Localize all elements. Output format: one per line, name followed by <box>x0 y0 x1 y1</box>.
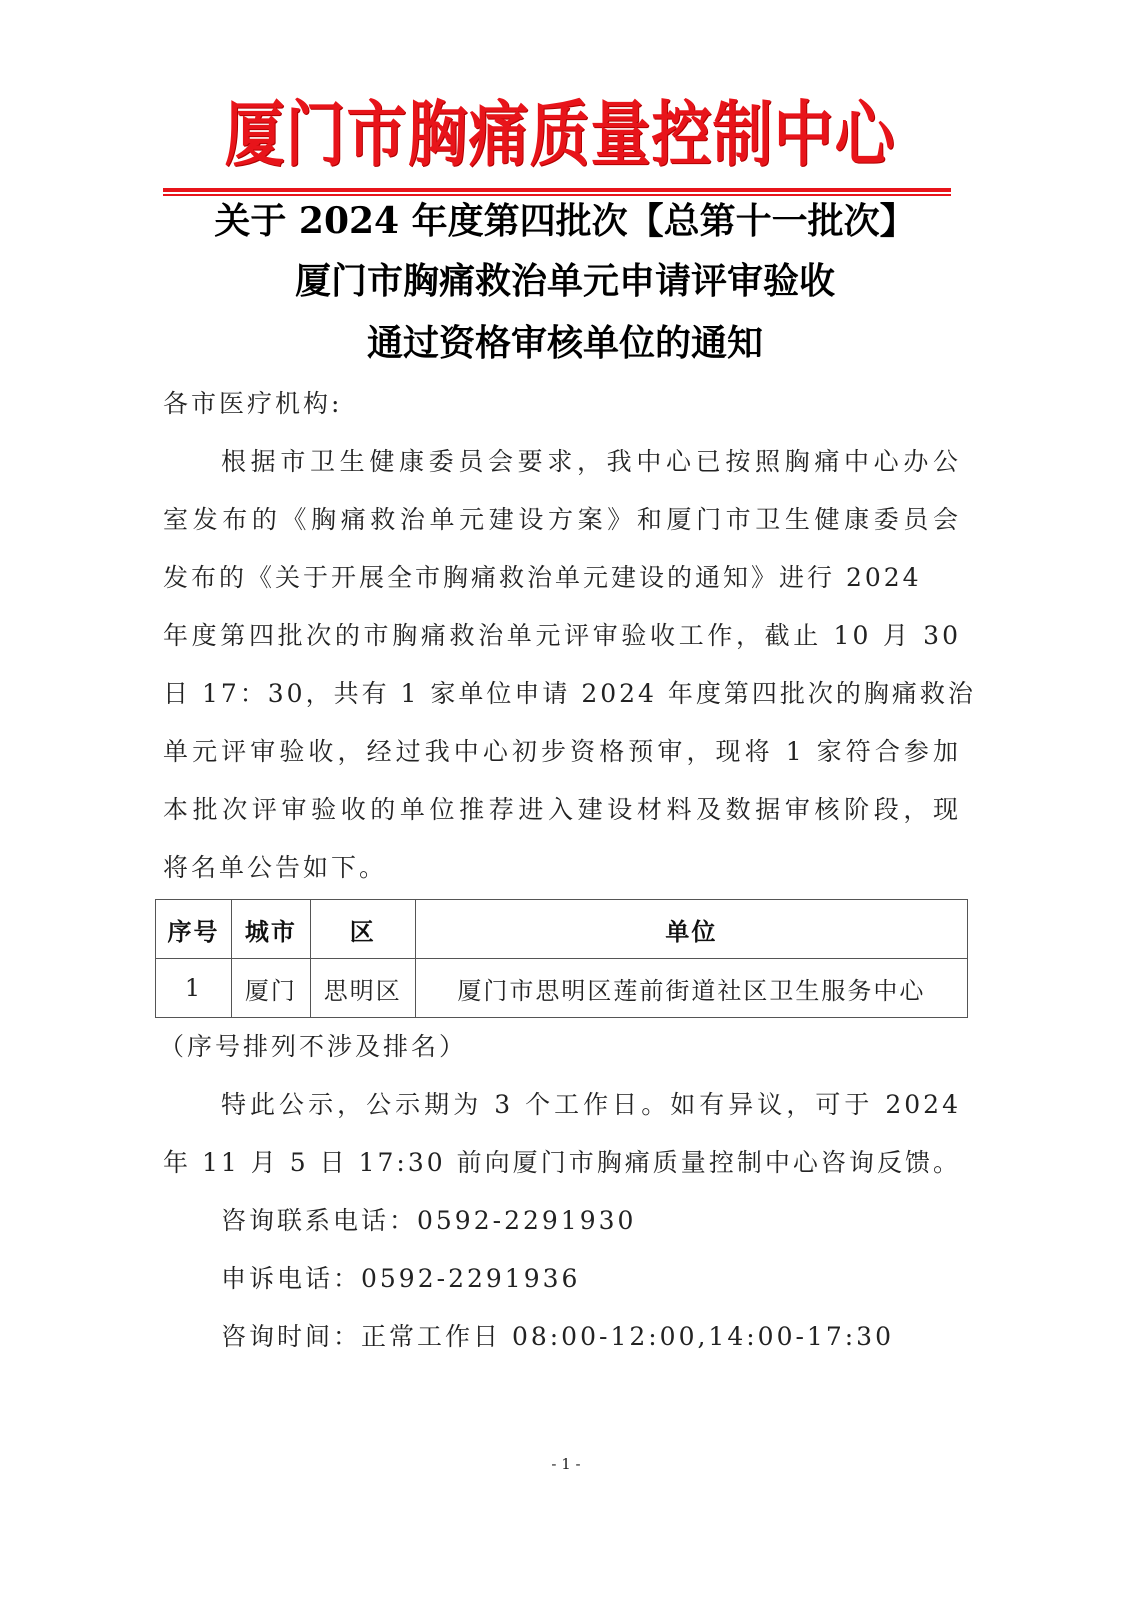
cell-city: 厦门 <box>231 959 310 1018</box>
paragraph-1-line: 发布的《关于开展全市胸痛救治单元建设的通知》进行 2024 <box>163 558 922 598</box>
column-header-index: 序号 <box>156 900 232 959</box>
paragraph-1-line: 本批次评审验收的单位推荐进入建设材料及数据审核阶段，现 <box>163 790 961 830</box>
paragraph-1-line: 年度第四批次的市胸痛救治单元评审验收工作，截止 10 月 30 <box>163 616 961 656</box>
paragraph-1-line: 根据市卫生健康委员会要求，我中心已按照胸痛中心办公 <box>221 442 961 482</box>
contact-phone: 咨询联系电话：0592-2291930 <box>221 1201 636 1241</box>
document-title-line-3: 通过资格审核单位的通知 <box>140 318 990 368</box>
cell-unit: 厦门市思明区莲前街道社区卫生服务中心 <box>415 959 967 1018</box>
table-note: （序号排列不涉及排名） <box>159 1027 467 1067</box>
paragraph-1-line: 日 17：30，共有 1 家单位申请 2024 年度第四批次的胸痛救治 <box>163 674 961 714</box>
document-title-line-2: 厦门市胸痛救治单元申请评审验收 <box>140 256 990 306</box>
units-table: 序号 城市 区 单位 1 厦门 思明区 厦门市思明区莲前街道社区卫生服务中心 <box>155 899 968 1018</box>
paragraph-2-line: 特此公示，公示期为 3 个工作日。如有异议，可于 2024 <box>221 1085 961 1125</box>
salutation: 各市医疗机构: <box>163 384 342 424</box>
paragraph-2-line: 年 11 月 5 日 17:30 前向厦门市胸痛质量控制中心咨询反馈。 <box>163 1143 961 1183</box>
red-divider-rule <box>163 188 951 196</box>
paragraph-1-line: 单元评审验收，经过我中心初步资格预审，现将 1 家符合参加 <box>163 732 961 772</box>
table-row: 1 厦门 思明区 厦门市思明区莲前街道社区卫生服务中心 <box>156 959 968 1018</box>
column-header-city: 城市 <box>231 900 310 959</box>
paragraph-1-line: 室发布的《胸痛救治单元建设方案》和厦门市卫生健康委员会 <box>163 500 961 540</box>
masthead-title: 厦门市胸痛质量控制中心 <box>160 85 960 186</box>
column-header-district: 区 <box>310 900 415 959</box>
consult-hours: 咨询时间：正常工作日 08:00-12:00,14:00-17:30 <box>221 1317 894 1357</box>
paragraph-1-line: 将名单公告如下。 <box>163 848 387 888</box>
page-number: - 1 - <box>0 1455 1132 1473</box>
column-header-unit: 单位 <box>415 900 967 959</box>
table-header-row: 序号 城市 区 单位 <box>156 900 968 959</box>
document-page: 厦门市胸痛质量控制中心 关于 2024 年度第四批次【总第十一批次】 厦门市胸痛… <box>0 0 1132 1600</box>
document-title-line-1: 关于 2024 年度第四批次【总第十一批次】 <box>140 196 990 246</box>
cell-district: 思明区 <box>310 959 415 1018</box>
cell-index: 1 <box>156 959 232 1018</box>
complaint-phone: 申诉电话：0592-2291936 <box>221 1259 580 1299</box>
